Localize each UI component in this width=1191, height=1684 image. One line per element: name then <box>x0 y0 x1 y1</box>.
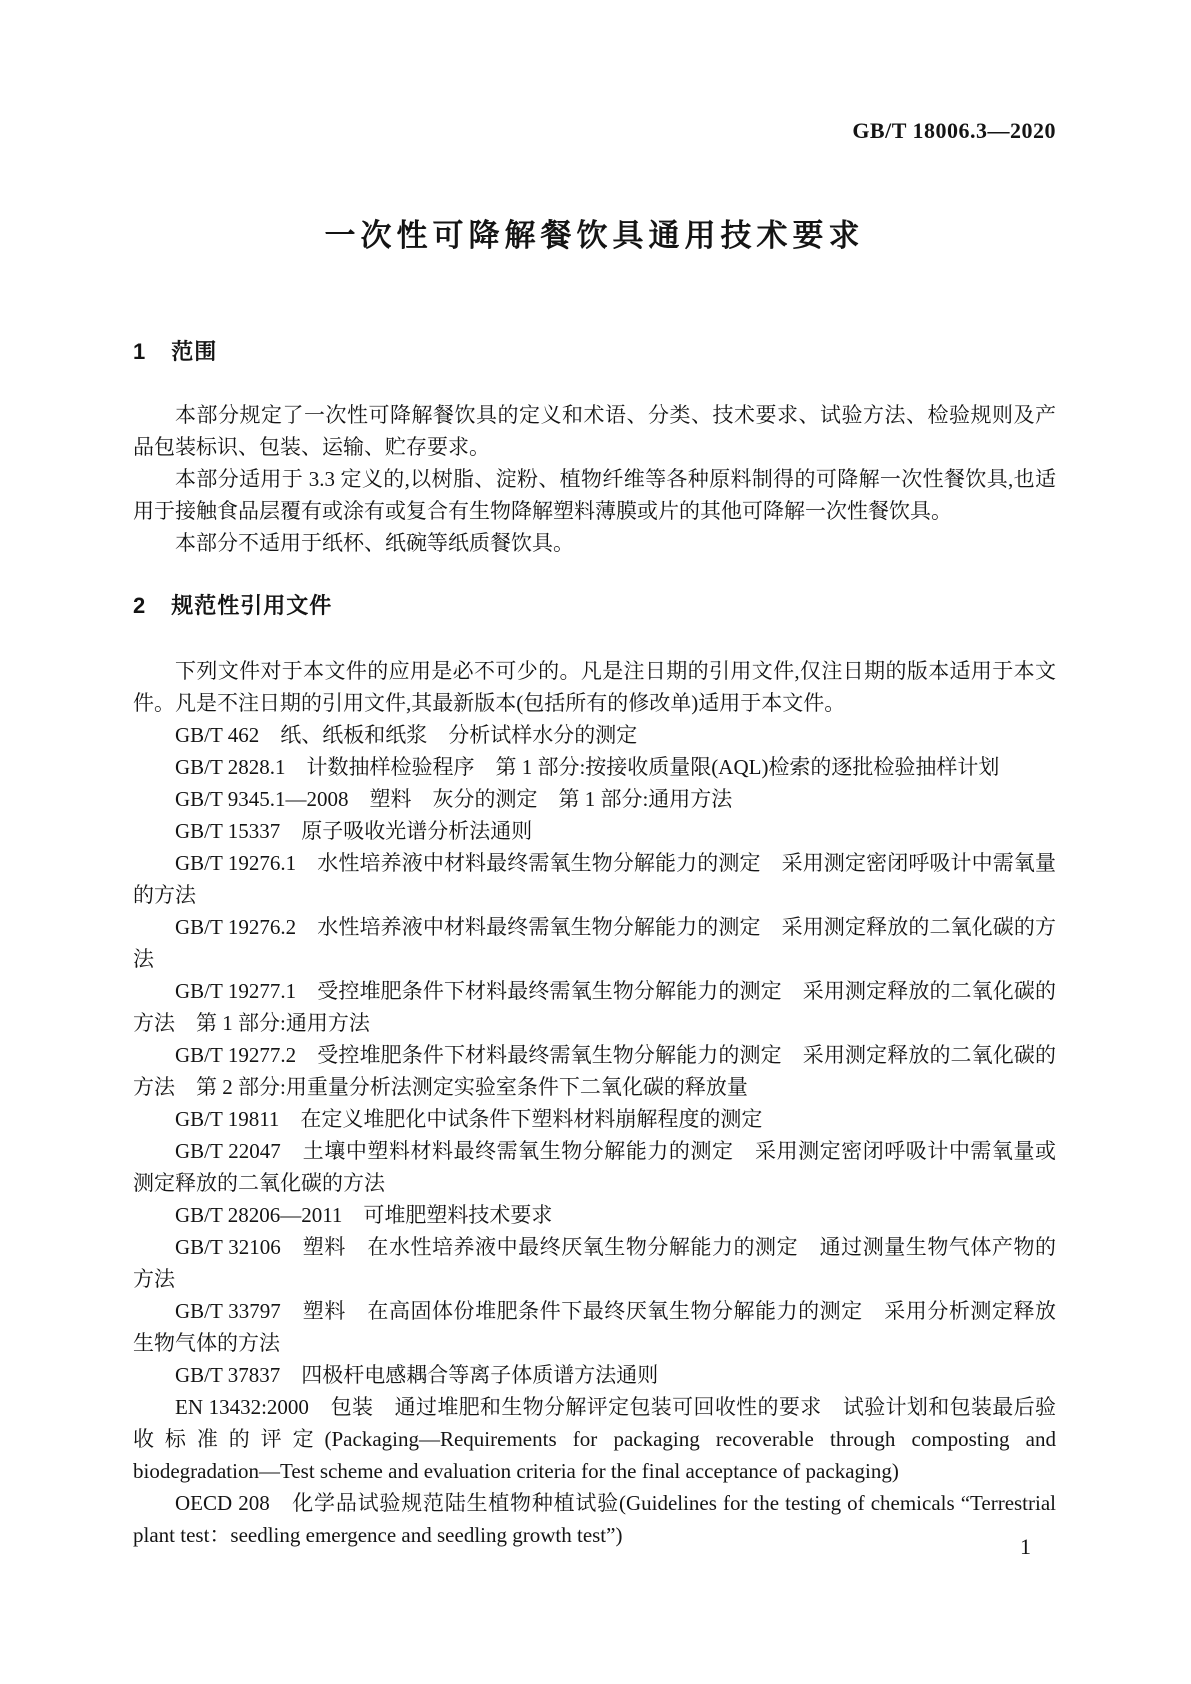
section-1-number: 1 <box>133 339 145 364</box>
standard-number: GB/T 18006.3—2020 <box>133 118 1056 144</box>
section-2-heading: 2规范性引用文件 <box>133 593 1056 619</box>
section-2-body: 下列文件对于本文件的应用是必不可少的。凡是注日期的引用文件,仅注日期的版本适用于… <box>133 655 1056 1551</box>
document-page: GB/T 18006.3—2020 一次性可降解餐饮具通用技术要求 1范围 本部… <box>0 0 1191 1684</box>
section-2-number: 2 <box>133 593 145 618</box>
reference-item: GB/T 9345.1—2008 塑料 灰分的测定 第 1 部分:通用方法 <box>133 783 1056 815</box>
reference-item: EN 13432:2000 包装 通过堆肥和生物分解评定包装可回收性的要求 试验… <box>133 1391 1056 1487</box>
document-title: 一次性可降解餐饮具通用技术要求 <box>133 210 1056 255</box>
reference-item: GB/T 19276.2 水性培养液中材料最终需氧生物分解能力的测定 采用测定释… <box>133 911 1056 975</box>
section-2-title: 规范性引用文件 <box>171 593 332 618</box>
reference-item: OECD 208 化学品试验规范陆生植物种植试验(Guidelines for … <box>133 1487 1056 1551</box>
paragraph: 本部分适用于 3.3 定义的,以树脂、淀粉、植物纤维等各种原料制得的可降解一次性… <box>133 463 1056 527</box>
paragraph: 下列文件对于本文件的应用是必不可少的。凡是注日期的引用文件,仅注日期的版本适用于… <box>133 655 1056 719</box>
reference-item: GB/T 37837 四极杆电感耦合等离子体质谱方法通则 <box>133 1359 1056 1391</box>
reference-item: GB/T 22047 土壤中塑料材料最终需氧生物分解能力的测定 采用测定密闭呼吸… <box>133 1135 1056 1199</box>
reference-item: GB/T 19277.1 受控堆肥条件下材料最终需氧生物分解能力的测定 采用测定… <box>133 975 1056 1039</box>
reference-item: GB/T 19277.2 受控堆肥条件下材料最终需氧生物分解能力的测定 采用测定… <box>133 1039 1056 1103</box>
section-1-title: 范围 <box>171 339 217 364</box>
reference-item: GB/T 462 纸、纸板和纸浆 分析试样水分的测定 <box>133 719 1056 751</box>
page-number: 1 <box>1020 1534 1031 1560</box>
paragraph: 本部分不适用于纸杯、纸碗等纸质餐饮具。 <box>133 527 1056 559</box>
reference-item: GB/T 15337 原子吸收光谱分析法通则 <box>133 815 1056 847</box>
reference-item: GB/T 32106 塑料 在水性培养液中最终厌氧生物分解能力的测定 通过测量生… <box>133 1231 1056 1295</box>
reference-item: GB/T 19276.1 水性培养液中材料最终需氧生物分解能力的测定 采用测定密… <box>133 847 1056 911</box>
reference-item: GB/T 33797 塑料 在高固体份堆肥条件下最终厌氧生物分解能力的测定 采用… <box>133 1295 1056 1359</box>
section-1-body: 本部分规定了一次性可降解餐饮具的定义和术语、分类、技术要求、试验方法、检验规则及… <box>133 399 1056 559</box>
reference-item: GB/T 19811 在定义堆肥化中试条件下塑料材料崩解程度的测定 <box>133 1103 1056 1135</box>
paragraph: 本部分规定了一次性可降解餐饮具的定义和术语、分类、技术要求、试验方法、检验规则及… <box>133 399 1056 463</box>
reference-item: GB/T 2828.1 计数抽样检验程序 第 1 部分:按接收质量限(AQL)检… <box>133 751 1056 783</box>
section-1-heading: 1范围 <box>133 339 1056 365</box>
reference-item: GB/T 28206—2011 可堆肥塑料技术要求 <box>133 1199 1056 1231</box>
